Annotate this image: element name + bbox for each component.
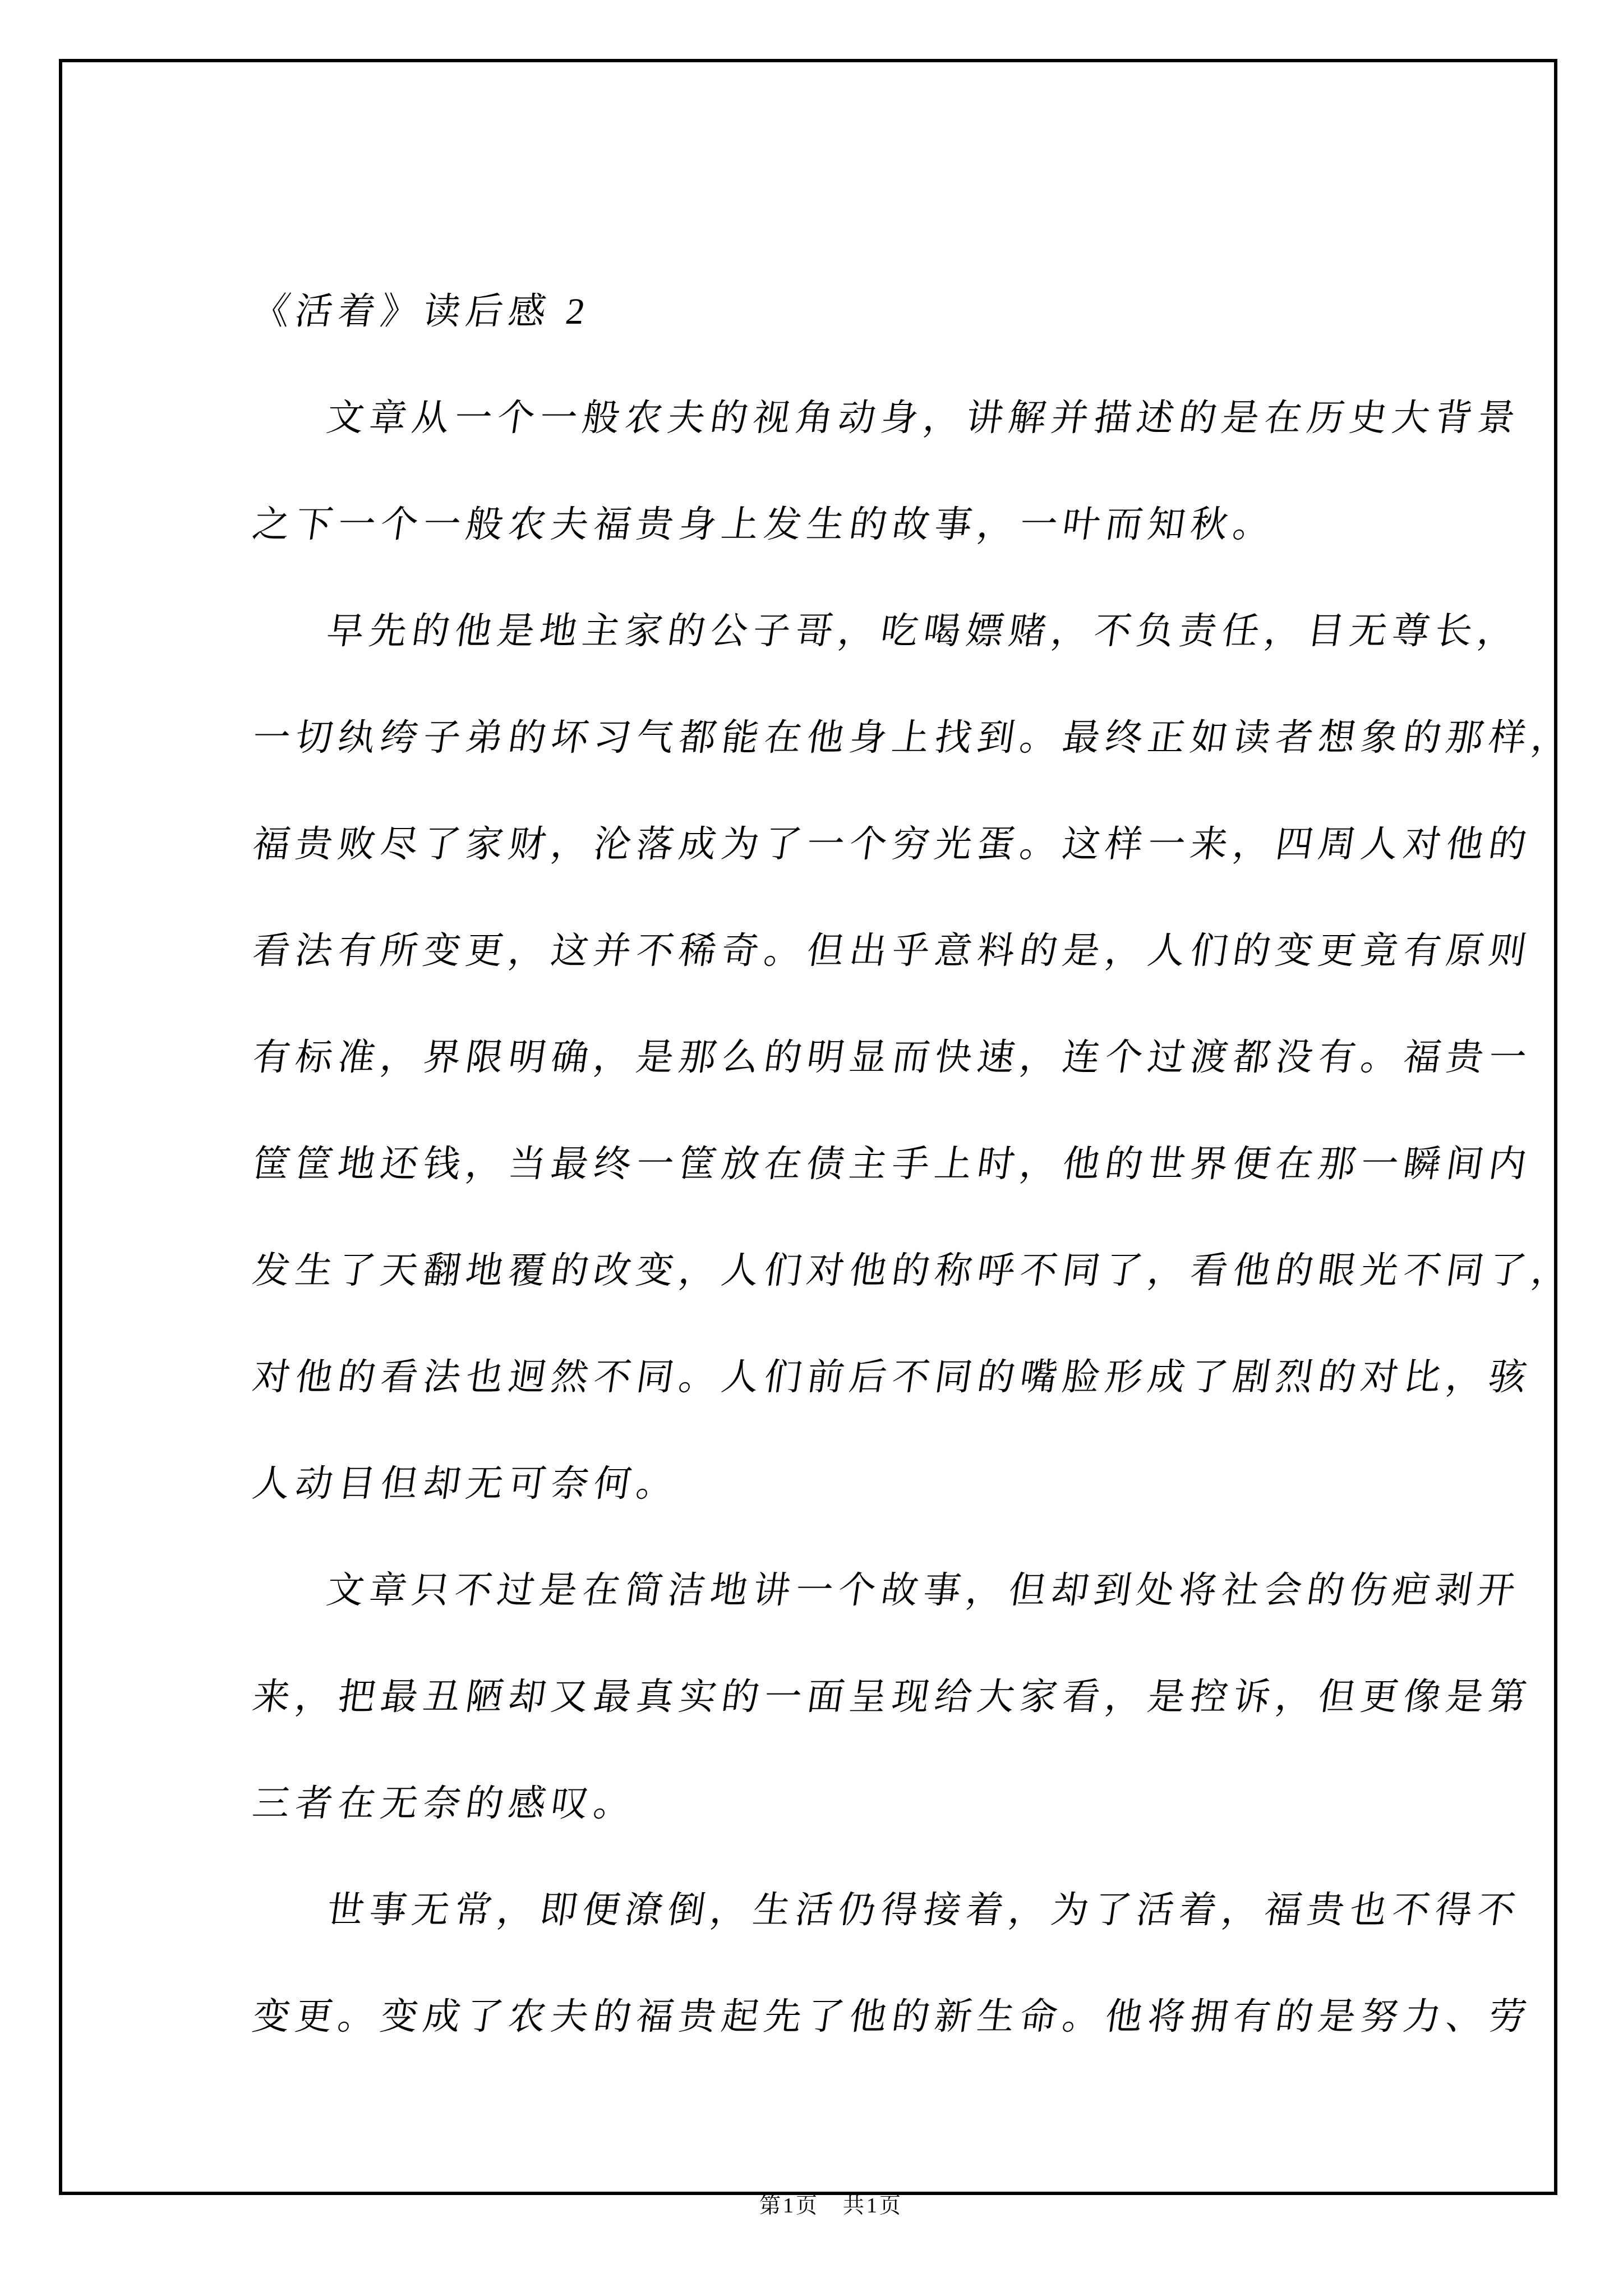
paragraph-line: 早先的他是地主家的公子哥，吃喝嫖赌，不负责任，目无尊长， xyxy=(246,578,1545,685)
paragraph-line: 筐筐地还钱，当最终一筐放在债主手上时，他的世界便在那一瞬间内 xyxy=(246,1111,1545,1218)
paragraph-line: 世事无常，即便潦倒，生活仍得接着，为了活着，福贵也不得不 xyxy=(246,1857,1545,1964)
page-number: 第1页 xyxy=(759,2194,819,2217)
page-footer: 第1页共1页 xyxy=(82,2189,1580,2223)
paragraph-line: 变更。变成了农夫的福贵起先了他的新生命。他将拥有的是努力、劳 xyxy=(246,1964,1545,2070)
paragraph-line: 之下一个一般农夫福贵身上发生的故事，一叶而知秋。 xyxy=(246,472,1545,578)
paragraph-line: 发生了天翻地覆的改变，人们对他的称呼不同了，看他的眼光不同了， xyxy=(246,1218,1545,1324)
page-border: 《活着》读后感 2 文章从一个一般农夫的视角动身，讲解并描述的是在历史大背景 之… xyxy=(59,59,1557,2195)
document-body: 《活着》读后感 2 文章从一个一般农夫的视角动身，讲解并描述的是在历史大背景 之… xyxy=(253,259,1537,2070)
paragraph-line: 来，把最丑陋却又最真实的一面呈现给大家看，是控诉，但更像是第 xyxy=(246,1644,1545,1751)
paragraph-line: 一切纨绔子弟的坏习气都能在他身上找到。最终正如读者想象的那样， xyxy=(246,685,1545,792)
paragraph-line: 有标准，界限明确，是那么的明显而快速，连个过渡都没有。福贵一 xyxy=(246,1005,1545,1111)
page-total: 共1页 xyxy=(843,2194,903,2217)
paragraph-line: 看法有所变更，这并不稀奇。但出乎意料的是，人们的变更竟有原则 xyxy=(246,898,1545,1005)
paragraph-line: 文章从一个一般农夫的视角动身，讲解并描述的是在历史大背景 xyxy=(246,365,1545,472)
document-page: 《活着》读后感 2 文章从一个一般农夫的视角动身，讲解并描述的是在历史大背景 之… xyxy=(0,0,1623,2296)
paragraph-line: 对他的看法也迥然不同。人们前后不同的嘴脸形成了剧烈的对比，骇 xyxy=(246,1324,1545,1431)
paragraph-line: 福贵败尽了家财，沦落成为了一个穷光蛋。这样一来，四周人对他的 xyxy=(246,792,1545,898)
document-title: 《活着》读后感 2 xyxy=(246,259,1545,365)
paragraph-line: 三者在无奈的感叹。 xyxy=(246,1751,1545,1857)
paragraph-line: 文章只不过是在简洁地讲一个故事，但却到处将社会的伤疤剥开 xyxy=(246,1538,1545,1644)
paragraph-line: 人动目但却无可奈何。 xyxy=(246,1431,1545,1538)
